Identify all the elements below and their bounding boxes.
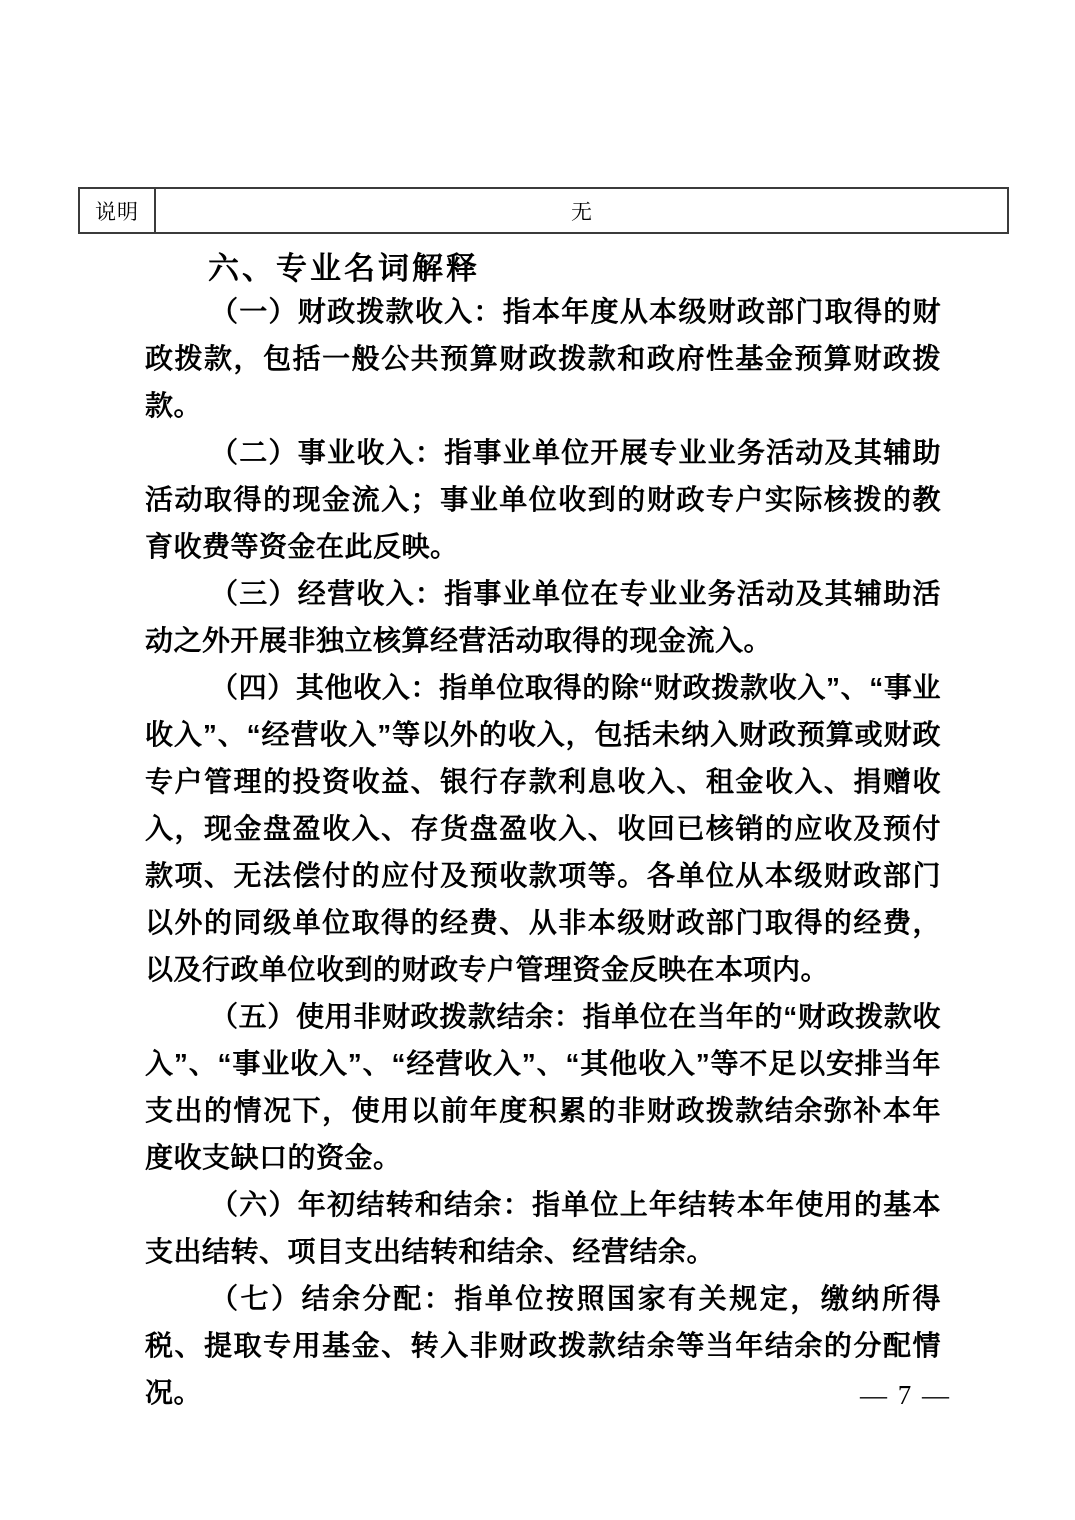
remarks-label-cell: 说明 [80,189,156,232]
paragraph: （七）结余分配：指单位按照国家有关规定，缴纳所得税、提取专用基金、转入非财政拨款… [145,1275,941,1416]
remarks-value: 无 [571,196,592,226]
paragraph: （一）财政拨款收入：指本年度从本级财政部门取得的财政拨款，包括一般公共预算财政拨… [145,288,941,429]
paragraph: （五）使用非财政拨款结余：指单位在当年的“财政拨款收入”、“事业收入”、“经营收… [145,993,941,1181]
paragraph: （四）其他收入：指单位取得的除“财政拨款收入”、“事业收入”、“经营收入”等以外… [145,664,941,993]
paragraph: （六）年初结转和结余：指单位上年结转本年使用的基本支出结转、项目支出结转和结余、… [145,1181,941,1275]
section-heading: 六、专业名词解释 [208,243,480,288]
remarks-value-cell: 无 [156,189,1007,232]
page-number: — 7 — [860,1380,951,1411]
paragraph: （三）经营收入：指事业单位在专业业务活动及其辅助活动之外开展非独立核算经营活动取… [145,570,941,664]
paragraph: （二）事业收入：指事业单位开展专业业务活动及其辅助活动取得的现金流入；事业单位收… [145,429,941,570]
remarks-label: 说明 [95,196,139,226]
content-body: （一）财政拨款收入：指本年度从本级财政部门取得的财政拨款，包括一般公共预算财政拨… [145,288,941,1416]
remarks-table: 说明 无 [78,187,1009,234]
document-page: 说明 无 六、专业名词解释 （一）财政拨款收入：指本年度从本级财政部门取得的财政… [0,0,1075,1520]
